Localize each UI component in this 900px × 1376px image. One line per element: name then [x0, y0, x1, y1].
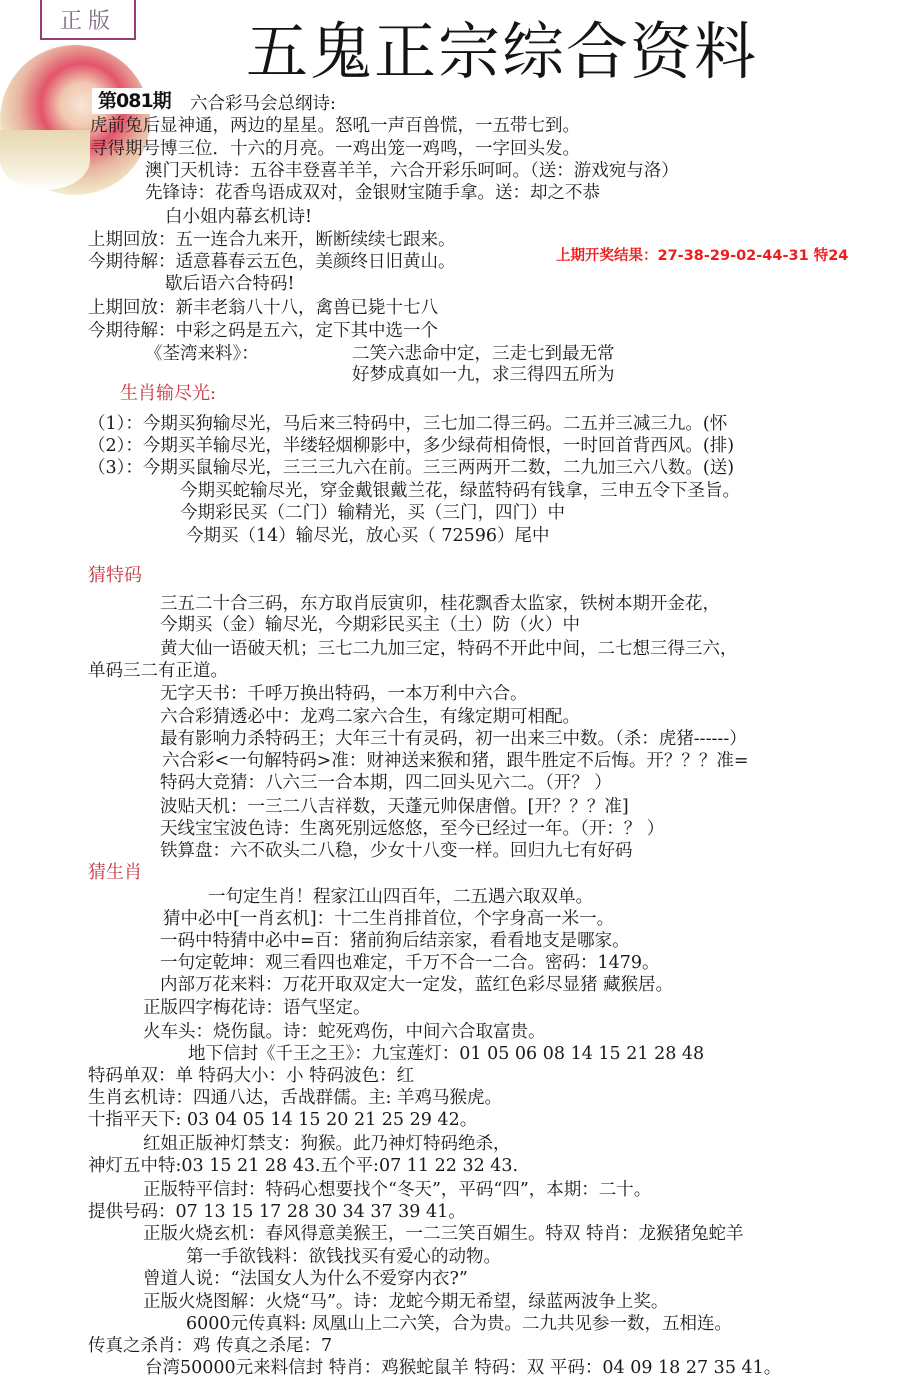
text-line: 无字天书：千呼万换出特码，一本万利中六合。 — [160, 683, 528, 705]
text-line: 澳门天机诗：五谷丰登喜羊羊，六合开彩乐呵呵。（送：游戏宛与洛） — [145, 160, 679, 182]
text-line: 铁算盘：六不砍头二八稳，少女十八变一样。回归九七有好码 — [160, 840, 633, 862]
text-line: 好梦成真如一九，求三得四五所为 — [352, 364, 615, 386]
text-line: 上期回放：五一连合九来开，断断续续七跟来。 — [88, 229, 456, 251]
text-line: 6000元传真料: 凤凰山上二六笑，合为贵。二九共见参一数，五相连。 — [186, 1313, 732, 1335]
text-line: 今期待解：适意暮春云五色，美颜终日旧黄山。 — [88, 251, 456, 273]
authentic-stamp: 正版 — [40, 0, 136, 40]
text-line: 地下信封《千王之王》：九宝莲灯：01 05 06 08 14 15 21 28 … — [188, 1043, 704, 1065]
text-line: 生肖玄机诗：四通八达，舌战群儒。主: 羊鸡马猴虎。 — [88, 1087, 502, 1109]
section-heading: 生肖输尽光: — [120, 383, 216, 405]
text-line: 六合彩<一句解特码>准：财神送来猴和猪，跟牛胜定不后悔。开？？？准= — [162, 750, 749, 772]
text-line: 一句定乾坤：观三看四也难定，千万不合一二合。密码：1479。 — [160, 952, 660, 974]
text-line: 正版四字梅花诗：语气坚定。 — [143, 997, 371, 1019]
text-line: 今期买（14）输尽光，放心买（ 72596）尾中 — [186, 525, 550, 547]
text-line: 神灯五中特:03 15 21 28 43.五个平:07 11 22 32 43. — [88, 1155, 518, 1177]
page-title: 五鬼正宗综合资料 — [246, 14, 758, 90]
text-line: 第一手欲钱料：欲钱找买有爱心的动物。 — [186, 1246, 501, 1268]
text-line: （1）：今期买狗输尽光，马后来三特码中，三七加二得三码。二五并三减三九。(怀 — [88, 413, 727, 435]
text-line: 台湾50000元来料信封 特肖：鸡猴蛇鼠羊 特码：双 平码：04 09 18 2… — [145, 1357, 781, 1376]
text-line: 上期回放：新丰老翁八十八，禽兽已毙十七八 — [88, 297, 438, 319]
section-heading: 猜生肖 — [88, 862, 142, 884]
text-line: 白小姐内幕玄机诗! — [165, 206, 312, 228]
text-line: 猜中必中[一肖玄机]：十二生肖排首位，个字身高一米一。 — [163, 908, 614, 930]
text-line: 十指平天下: 03 04 05 14 15 20 21 25 29 42。 — [88, 1109, 477, 1131]
text-line: 传真之杀肖：鸡 传真之杀尾：7 — [88, 1335, 332, 1357]
text-line: 黄大仙一语破天机；三七二九加三定，特码不开此中间，二七想三得三六， — [160, 638, 738, 660]
text-line: 一码中特猜中必中=百：猪前狗后结亲家，看看地支是哪家。 — [160, 930, 630, 952]
text-line: 特码大竞猜：八六三一合本期，四二回头见六二。（开？ ） — [160, 772, 612, 794]
text-line: 内部万花来料：万花开取双定大一定发，蓝红色彩尽显猪 藏猴居。 — [160, 974, 673, 996]
text-line: 歇后语六合特码! — [165, 273, 295, 295]
period-label: 第081期 — [92, 88, 177, 114]
text-line: 正版特平信封：特码心想要找个“冬天”，平码“四”，本期：二十。 — [143, 1179, 651, 1201]
text-line: 今期买蛇输尽光，穿金戴银戴兰花，绿蓝特码有钱拿，三申五令下圣旨。 — [180, 480, 740, 502]
text-line: 今期待解：中彩之码是五六，定下其中选一个 — [88, 320, 438, 342]
text-line: 三五二十合三码，东方取肖辰寅卯，桂花飘香太监家，铁树本期开金花， — [160, 593, 720, 615]
text-line: 特码单双：单 特码大小：小 特码波色：红 — [88, 1065, 414, 1087]
text-line: 波贴天机：一三二八吉祥数，天蓬元帅保唐僧。[开？？？准] — [160, 796, 629, 818]
text-line: 火车头：烧伤鼠。诗：蛇死鸡伤，中间六合取富贵。 — [143, 1021, 546, 1043]
text-line: 二笑六悲命中定，三走七到最无常 — [352, 343, 615, 365]
text-line: 寻得期号博三位．十六的月亮。一鸡出笼一鸡鸣，一字回头发。 — [90, 138, 580, 160]
text-line: （2）：今期买羊输尽光，半缕轻烟柳影中，多少绿荷相倚恨，一时回首背西风。(排) — [88, 435, 734, 457]
text-line: 最有影响力杀特码王；大年三十有灵码，初一出来三中数。（杀：虎猪------） — [160, 728, 747, 750]
text-line: 今期彩民买（二门）输精光，买（三门，四门）中 — [180, 502, 565, 524]
text-line: 红姐正版神灯禁支：狗猴。此乃神灯特码绝杀， — [143, 1133, 511, 1155]
text-line: 虎前兔后显神通，两边的星星。怒吼一声百兽慌，一五带七到。 — [90, 115, 580, 137]
text-line: 天线宝宝波色诗：生离死别远悠悠，至今已经过一年。（开：？ ） — [160, 818, 664, 840]
text-line: 单码三二有正道。 — [88, 660, 228, 682]
text-line: 六合彩猜透必中：龙鸡二家六合生，有缘定期可相配。 — [160, 706, 580, 728]
text-line: （3）：今期买鼠输尽光，三三三九六在前。三三两两开二数，二九加三六八数。(送) — [88, 457, 734, 479]
text-line: 今期买（金）输尽光，今期彩民买主（土）防（火）中 — [160, 614, 580, 636]
text-line: 六合彩马会总纲诗: — [190, 93, 336, 115]
portrait-shoulders — [0, 130, 90, 190]
section-heading: 猜特码 — [88, 565, 142, 587]
text-line: 正版火烧图解：火烧“马”。诗：龙蛇今期无希望，绿蓝两波争上奖。 — [143, 1291, 668, 1313]
text-line: 《荃湾来料》： — [145, 343, 259, 365]
text-line: 正版火烧玄机：春风得意美猴王，一二三笑百媚生。特双 特肖：龙猴猪兔蛇羊 — [143, 1223, 744, 1245]
text-line: 曾道人说：“法国女人为什么不爱穿内衣?” — [143, 1268, 468, 1290]
last-draw-result: 上期开奖结果：27-38-29-02-44-31 特24 — [556, 244, 848, 265]
text-line: 一句定生肖！程家江山四百年，二五遇六取双单。 — [208, 886, 593, 908]
text-line: 提供号码：07 13 15 17 28 30 34 37 39 41。 — [88, 1201, 466, 1223]
text-line: 先锋诗：花香鸟语成双对，金银财宝随手拿。送：却之不恭 — [145, 182, 600, 204]
